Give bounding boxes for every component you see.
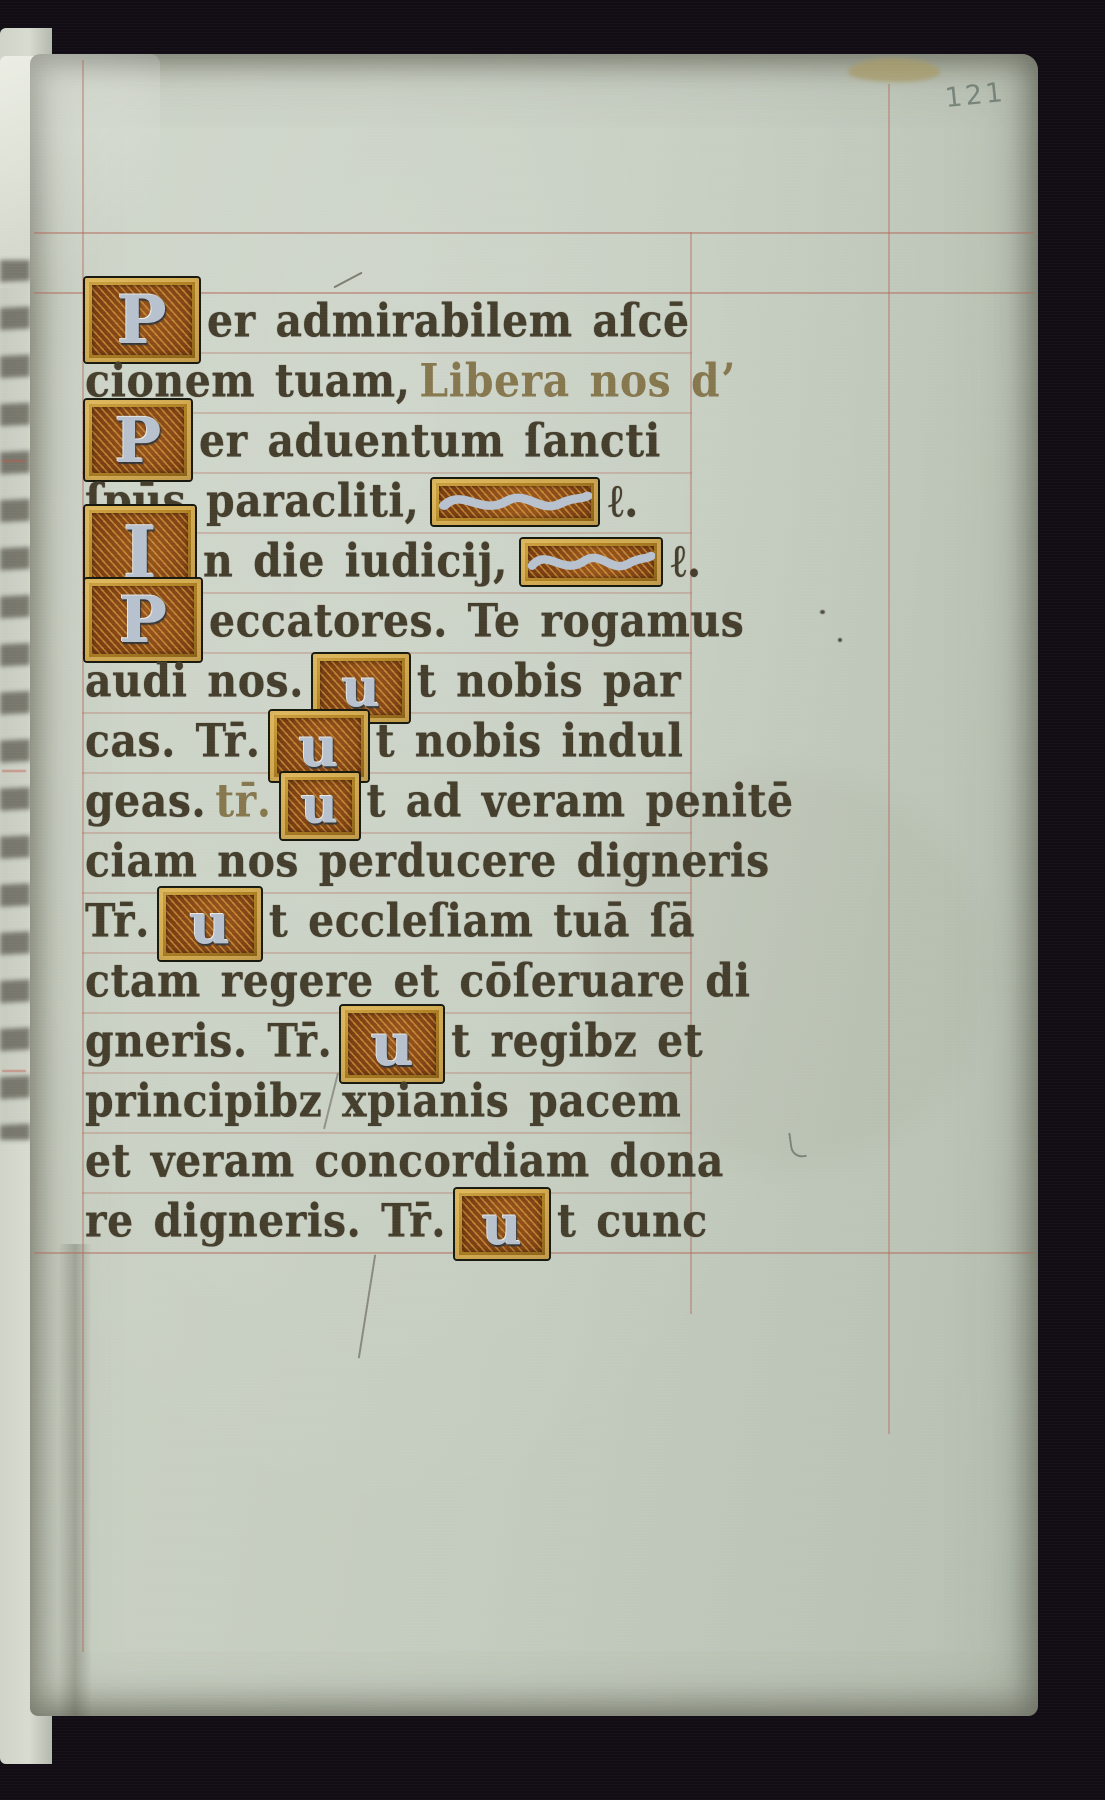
text-line: geas.tr̄.ut ad veram penitē [85,772,803,832]
illuminated-initial: P [85,278,199,362]
illuminated-initial: u [341,1006,443,1082]
text-line: principibz xpianis pacem [85,1072,690,1132]
text-run: cas. Tr̄. [85,714,261,768]
text-line: ctam regere et cōſeruare di [85,952,760,1012]
text-line: re digneris. Tr̄.ut cunc [85,1192,717,1252]
text-line: audi nos.ut nobis par [85,652,690,712]
text-run: Libera nos dʼ [419,354,735,408]
text-run: geas. [85,774,206,828]
text-run: audi nos. [85,654,304,708]
text-run: principibz xpianis pacem [85,1074,681,1128]
illuminated-initial: u [455,1189,549,1259]
initial-letter: u [371,1010,414,1079]
text-run: t regibz et [451,1014,703,1068]
text-line: Per aduentum ſancti [85,412,670,472]
text-run: t ad veram penitē [367,774,794,828]
illuminated-initial: u [159,888,261,960]
text-run: n die iudicij, [203,534,508,588]
text-run: ℓ. [608,474,639,528]
text-run: gneris. Tr̄. [85,1014,332,1068]
text-run: Tr̄. [85,894,150,948]
text-run: t nobis indul [376,714,684,768]
photo-backdrop: { "page": { "folio_number": "121", "desc… [0,0,1105,1800]
initial-letter: P [115,404,162,477]
text-run: ctam regere et cōſeruare di [85,954,751,1008]
ink-speck [838,638,842,642]
text-run: ℓ. [671,534,702,588]
ink-speck [820,610,825,614]
text-block: Per admirabilem aſcēcionem tuam,Libera n… [30,54,1038,1716]
text-line: gneris. Tr̄.ut regibz et [85,1012,712,1072]
text-run: t eccleſiam tuā ſā [269,894,695,948]
text-line: ciam nos perducere digneris [85,832,779,892]
initial-letter: P [119,583,167,658]
text-run: et veram concordiam dona [85,1134,724,1188]
text-line: cas. Tr̄.ut nobis indul [85,712,692,772]
text-run: er admirabilem aſcē [207,294,690,348]
previous-page-ruling-mark [2,1070,26,1072]
text-run: re digneris. Tr̄. [85,1194,446,1248]
text-run: t nobis par [417,654,681,708]
initial-letter: u [482,1192,522,1257]
illuminated-initial: u [270,711,368,781]
text-run: er aduentum ſancti [199,414,661,468]
text-run: tr̄. [215,774,271,828]
text-line: Peccatores. Te rogamus [85,592,753,652]
line-filler [432,479,598,525]
illuminated-initial: u [281,773,359,839]
text-line: Per admirabilem aſcē [85,292,699,352]
illuminated-initial: P [85,579,201,661]
text-run: eccatores. Te rogamus [209,594,744,648]
text-run: t cunc [557,1194,708,1248]
text-run: ciam nos perducere digneris [85,834,770,888]
initial-letter: u [301,776,338,836]
manuscript-page: 121 Per admirabilem aſcēcionem tuam,Libe… [30,54,1038,1716]
initial-letter: u [299,714,339,779]
text-line: et veram concordiam dona [85,1132,733,1192]
line-filler [521,539,661,585]
initial-letter: u [190,891,231,957]
initial-letter: u [342,657,381,719]
previous-page-text-bleed [0,260,30,1140]
illuminated-initial: P [85,400,191,480]
text-line: Tr̄.ut eccleſiam tuā ſā [85,892,704,952]
previous-page-ruling-mark [2,770,26,772]
initial-letter: P [117,281,167,359]
previous-page-ruling-mark [2,460,26,462]
